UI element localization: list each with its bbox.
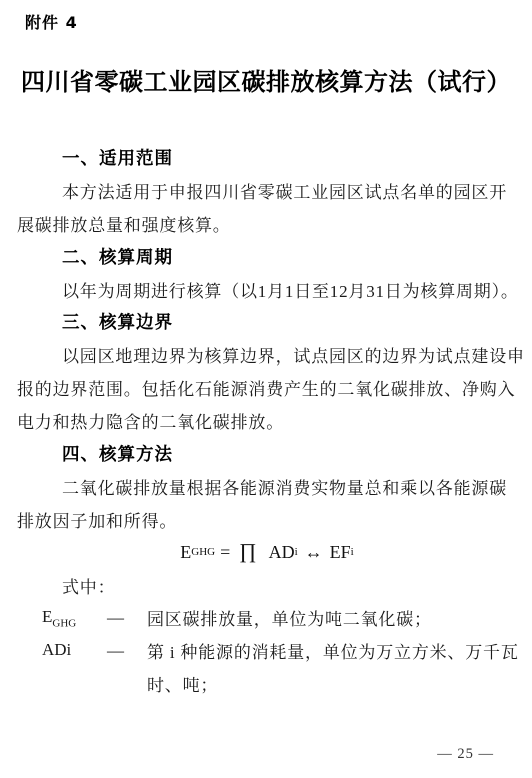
paragraph-line: 展碳排放总量和强度核算。 <box>17 207 517 240</box>
definition-row-adi: ADi — 第 i 种能源的消耗量，单位为万立方米、万千瓦 <box>17 634 517 667</box>
definition-row-eghg: EGHG — 园区碳排放量，单位为吨二氧化碳； <box>17 601 517 634</box>
formula-term2-subscript: i <box>351 546 354 558</box>
paragraph-line: 以年为周期进行核算（以1月1日至12月31日为核算周期）。 <box>17 273 517 306</box>
definition-term: ADi <box>17 640 107 662</box>
section-heading-scope: 一、适用范围 <box>17 141 517 174</box>
definition-dash: — <box>107 641 147 661</box>
section-heading-method: 四、核算方法 <box>17 437 517 470</box>
where-label: 式中： <box>17 569 517 602</box>
definition-text-continuation: 时、吨； <box>17 667 517 700</box>
paragraph-line: 本方法适用于申报四川省零碳工业园区试点名单的园区开 <box>17 174 517 207</box>
document-page: 附件 4 四川省零碳工业园区碳排放核算方法（试行） 一、适用范围 本方法适用于申… <box>0 0 532 778</box>
formula-lhs-subscript: GHG <box>191 546 215 558</box>
formula-term2-base: EF <box>330 542 351 563</box>
document-title: 四川省零碳工业园区碳排放核算方法（试行） <box>0 62 532 97</box>
definition-text: 园区碳排放量，单位为吨二氧化碳； <box>147 605 517 630</box>
page-number: — 25 — <box>437 746 494 763</box>
formula-lhs-base: E <box>180 542 191 563</box>
section-heading-period: 二、核算周期 <box>17 240 517 273</box>
paragraph-line: 报的边界范围。包括化石能源消费产生的二氧化碳排放、净购入 <box>17 371 517 404</box>
attachment-label: 附件 4 <box>25 10 78 33</box>
formula-term1-subscript: i <box>295 546 298 558</box>
formula-term1-base: AD <box>269 542 295 563</box>
equals-sign: = <box>220 542 230 563</box>
definition-text: 第 i 种能源的消耗量，单位为万立方米、万千瓦 <box>147 638 519 663</box>
paragraph-line: 以园区地理边界为核算边界，试点园区的边界为试点建设申 <box>17 338 517 371</box>
paragraph-line: 电力和热力隐含的二氧化碳排放。 <box>17 404 517 437</box>
document-body: 一、适用范围 本方法适用于申报四川省零碳工业园区试点名单的园区开 展碳排放总量和… <box>17 141 517 700</box>
product-symbol: ∏ <box>239 539 256 564</box>
definition-dash: — <box>107 608 147 628</box>
emission-formula: EGHG = ∏ ADi ↔ EFi <box>17 536 517 569</box>
paragraph-line: 排放因子加和所得。 <box>17 503 517 536</box>
paragraph-line: 二氧化碳排放量根据各能源消费实物量总和乘以各能源碳 <box>17 470 517 503</box>
section-heading-boundary: 三、核算边界 <box>17 305 517 338</box>
definition-term: EGHG <box>17 607 107 629</box>
double-arrow-symbol: ↔ <box>305 542 323 563</box>
